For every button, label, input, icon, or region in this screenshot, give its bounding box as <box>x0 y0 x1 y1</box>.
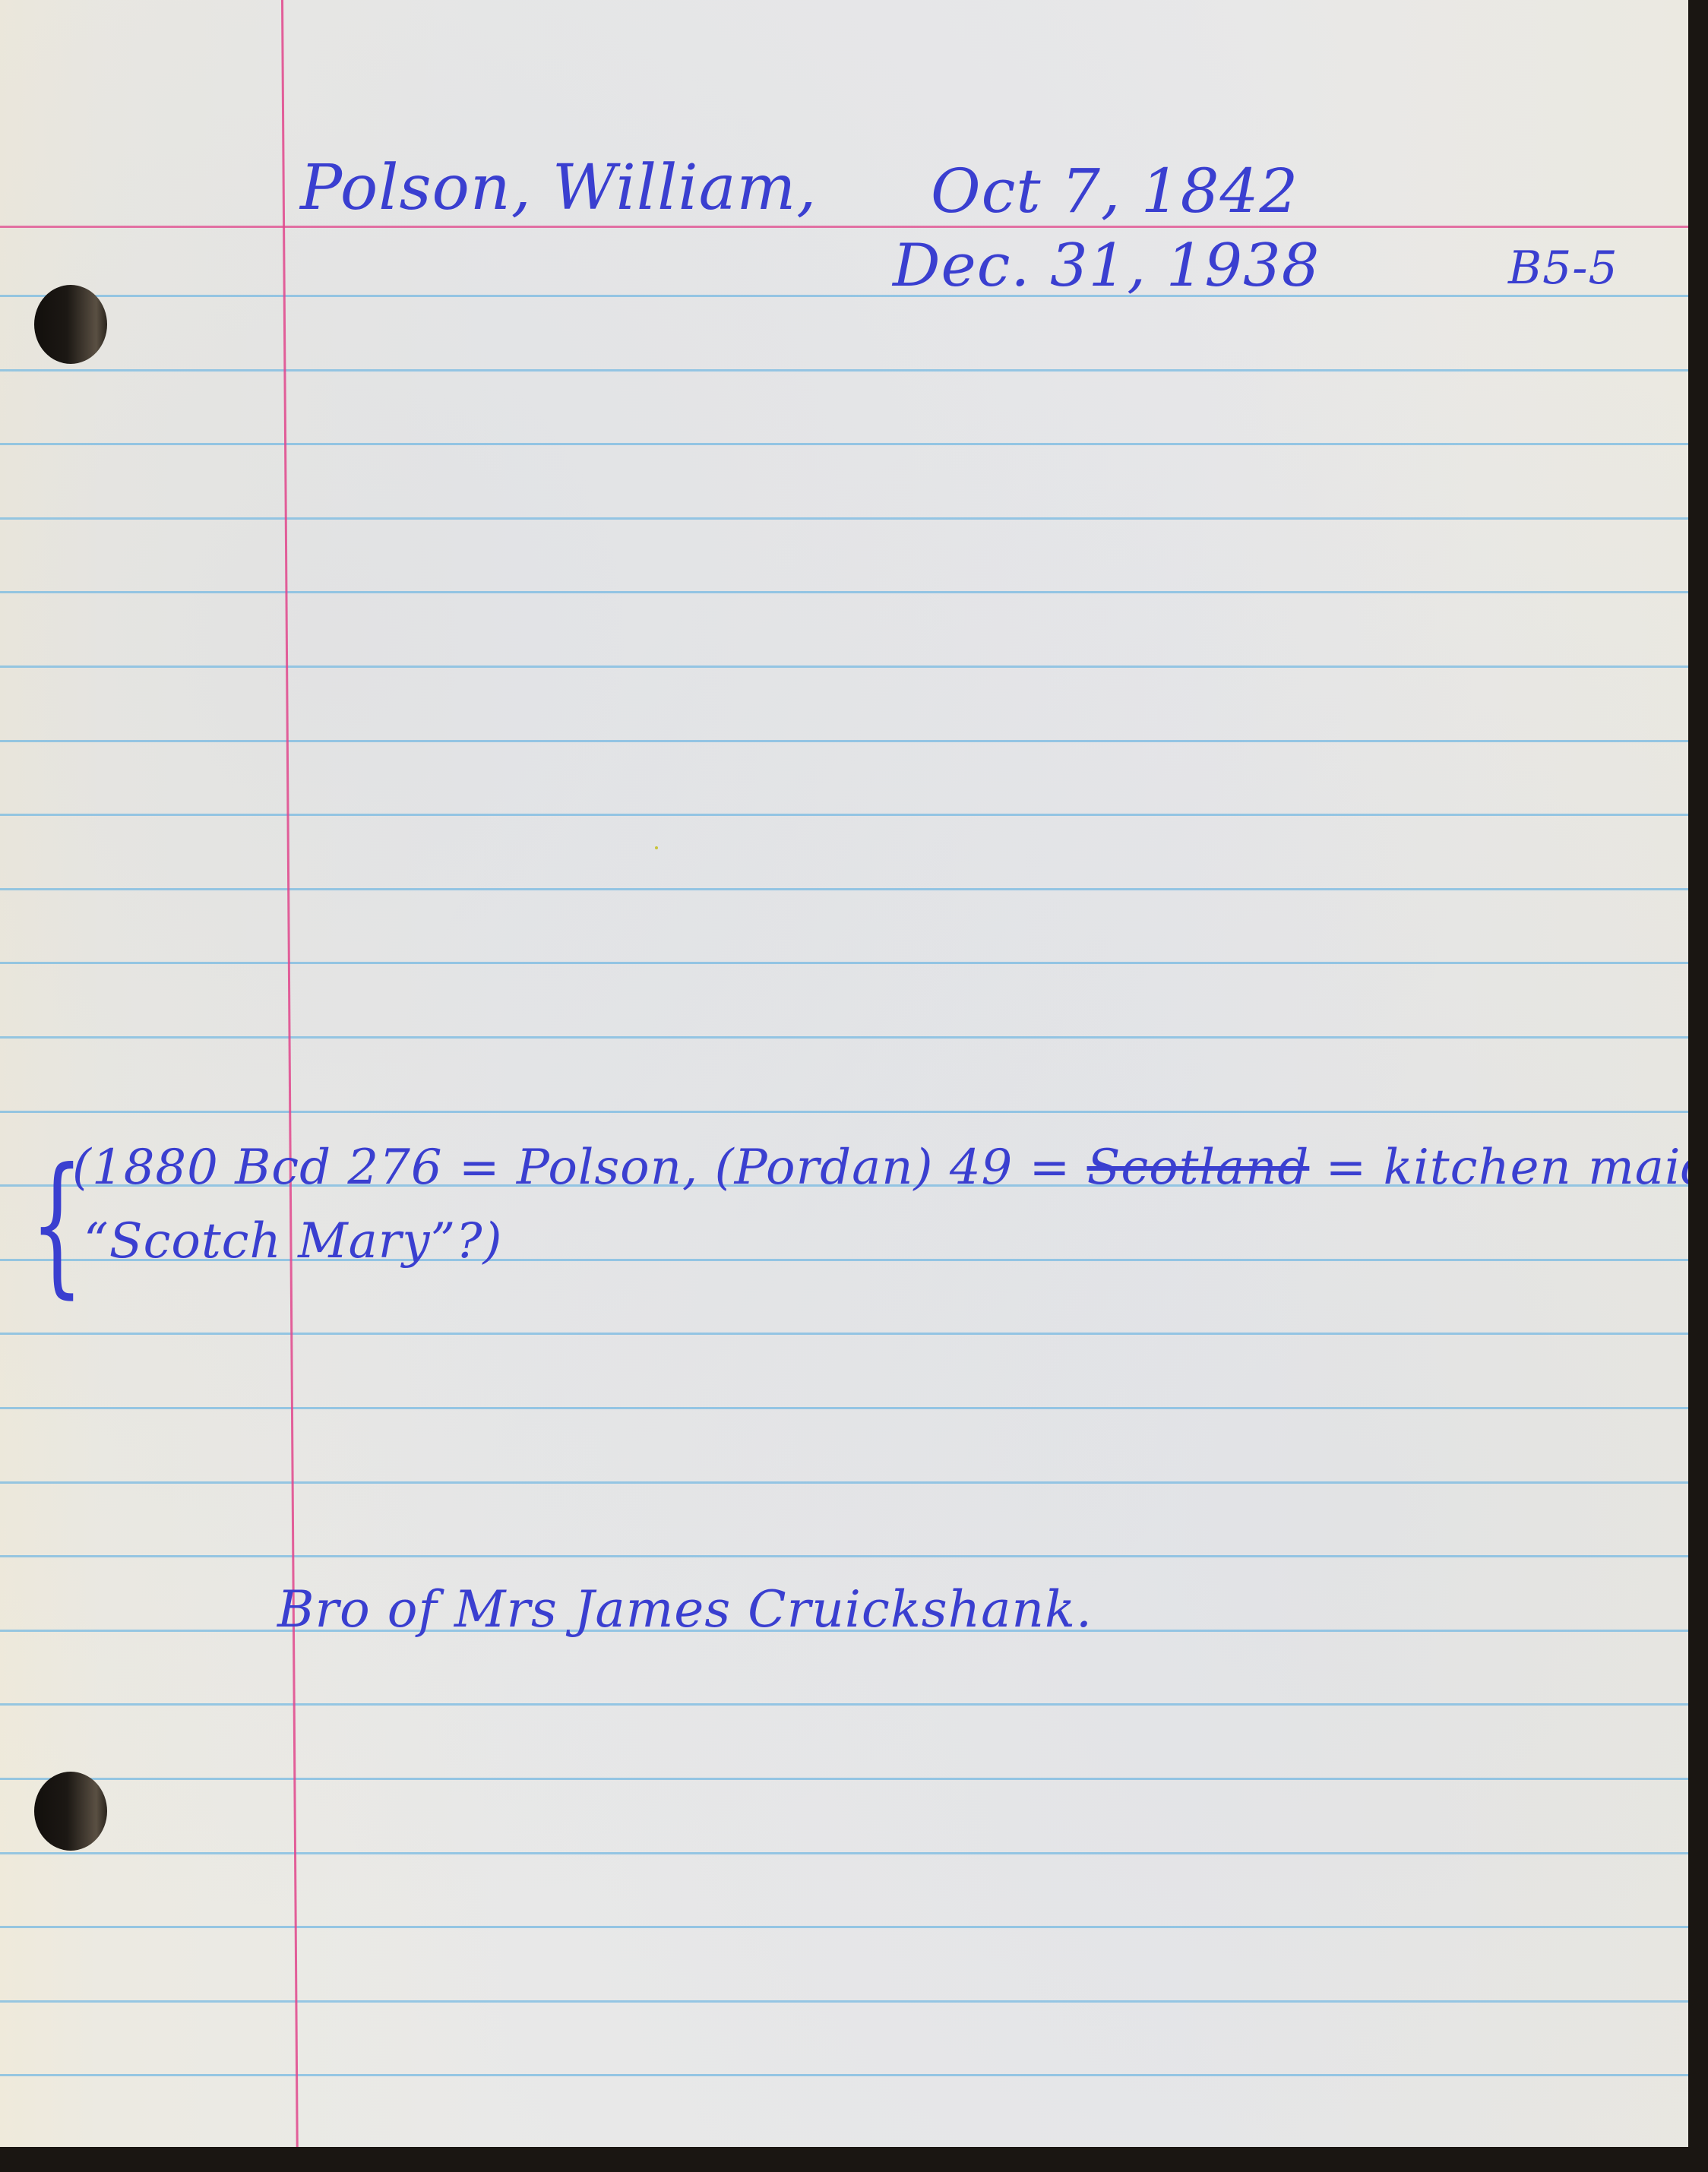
census-note-line-1: (1880 Bcd 276 = Polson, (Pordan) 49 = Sc… <box>72 1140 1688 1196</box>
ruled-line <box>0 1703 1688 1706</box>
ruled-line <box>0 1555 1688 1557</box>
ruled-line <box>0 1481 1688 1484</box>
paper-stain <box>655 846 658 849</box>
ruled-line <box>0 295 1688 297</box>
relation-note: Bro of Mrs James Cruickshank. <box>277 1580 1093 1639</box>
person-name: Polson, William, <box>300 152 817 224</box>
birth-date: Oct 7, 1842 <box>931 156 1298 226</box>
census-note-line-2: “Scotch Mary”?) <box>84 1213 503 1269</box>
census-note-suffix: = kitchen maid @ hotel <box>1309 1140 1688 1196</box>
ruled-line <box>0 1111 1688 1113</box>
ruled-line <box>0 1852 1688 1854</box>
struck-out-word: Scotland <box>1087 1140 1310 1196</box>
census-note-prefix: (1880 Bcd 276 = Polson, (Pordan) 49 = <box>72 1140 1087 1196</box>
reference-code: B5-5 <box>1508 242 1618 295</box>
ruled-line <box>0 1926 1688 1928</box>
ruled-line <box>0 666 1688 668</box>
ruled-line <box>0 369 1688 371</box>
ruled-line <box>0 2000 1688 2003</box>
top-margin-line <box>0 226 1688 228</box>
death-date: Dec. 31, 1938 <box>893 232 1320 300</box>
ruled-line <box>0 962 1688 964</box>
ruled-line <box>0 517 1688 520</box>
punch-hole-top <box>34 285 107 364</box>
ruled-line <box>0 814 1688 816</box>
ruled-line <box>0 591 1688 593</box>
ruled-line <box>0 740 1688 742</box>
ruled-line <box>0 1407 1688 1409</box>
ruled-line <box>0 443 1688 445</box>
left-margin-line <box>281 0 299 2147</box>
ruled-line <box>0 1778 1688 1780</box>
punch-hole-bottom <box>34 1772 107 1851</box>
ruled-line <box>0 2074 1688 2076</box>
ruled-line <box>0 1333 1688 1335</box>
ruled-line <box>0 888 1688 890</box>
notebook-page: Polson, William, Oct 7, 1842 Dec. 31, 19… <box>0 0 1688 2147</box>
ruled-line <box>0 1036 1688 1039</box>
